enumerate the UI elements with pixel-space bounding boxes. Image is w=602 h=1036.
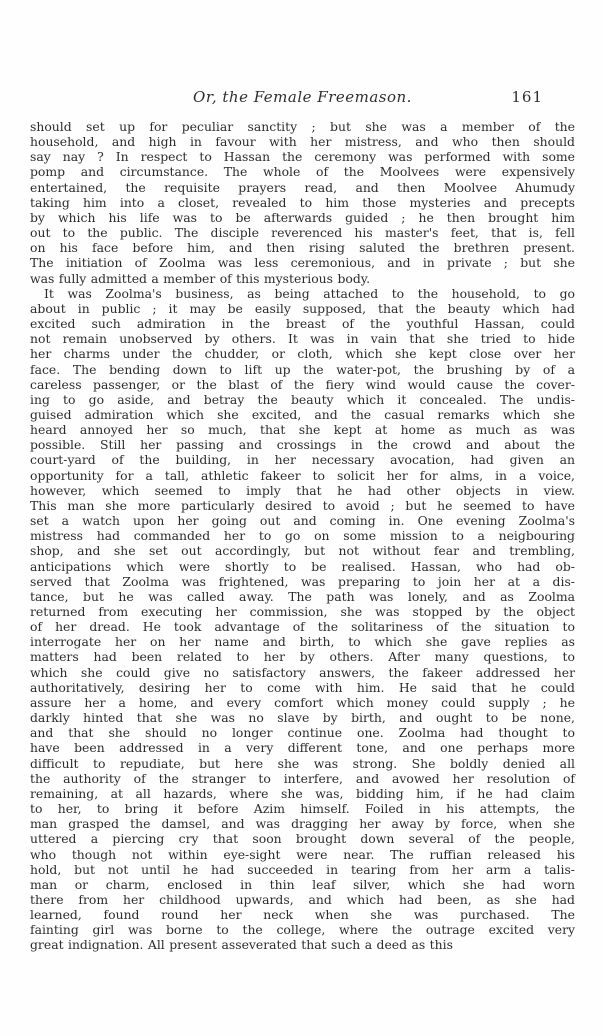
paragraph: should set up for peculiar sanctity ; bu… bbox=[30, 119, 575, 286]
text-line: tance, but he was called away. The path … bbox=[30, 589, 575, 604]
text-line: interrogate her on her name and birth, t… bbox=[30, 634, 575, 649]
text-line: remaining, at all hazards, where she was… bbox=[30, 786, 575, 801]
text-line: there from her childhood upwards, and wh… bbox=[30, 892, 575, 907]
text-line: by which his life was to be afterwards g… bbox=[30, 210, 575, 225]
text-line: opportunity for a tall, athletic fakeer … bbox=[30, 468, 575, 483]
text-line: assure her a home, and every comfort whi… bbox=[30, 695, 575, 710]
text-line: face. The bending down to lift up the wa… bbox=[30, 362, 575, 377]
text-line: anticipations which were shortly to be r… bbox=[30, 559, 575, 574]
page-body: should set up for peculiar sanctity ; bu… bbox=[30, 119, 575, 953]
text-line: man or charm, enclosed in thin leaf silv… bbox=[30, 877, 575, 892]
text-line: to her, to bring it before Azim himself.… bbox=[30, 801, 575, 816]
text-line: learned, found round her neck when she w… bbox=[30, 907, 575, 922]
text-line: This man she more particularly desired t… bbox=[30, 498, 575, 513]
text-line: pomp and circumstance. The whole of the … bbox=[30, 164, 575, 179]
text-line: The initiation of Zoolma was less ceremo… bbox=[30, 255, 575, 270]
page-title: Or, the Female Freemason. bbox=[30, 88, 575, 106]
text-line: authoritatively, desiring her to come wi… bbox=[30, 680, 575, 695]
text-line: uttered a piercing cry that soon brought… bbox=[30, 831, 575, 846]
text-line: It was Zoolma's business, as being attac… bbox=[30, 286, 575, 301]
text-line: set a watch upon her going out and comin… bbox=[30, 513, 575, 528]
text-line: man grasped the damsel, and was dragging… bbox=[30, 816, 575, 831]
text-line: careless passenger, or the blast of the … bbox=[30, 377, 575, 392]
text-line: entertained, the requisite prayers read,… bbox=[30, 180, 575, 195]
text-line: on his face before him, and then rising … bbox=[30, 240, 575, 255]
text-line: mistress had commanded her to go on some… bbox=[30, 528, 575, 543]
text-line: ing to go aside, and betray the beauty w… bbox=[30, 392, 575, 407]
text-line: hold, but not until he had succeeded in … bbox=[30, 862, 575, 877]
text-line: was fully admitted a member of this myst… bbox=[30, 271, 575, 286]
text-line: about in public ; it may be easily suppo… bbox=[30, 301, 575, 316]
text-line: out to the public. The disciple reverenc… bbox=[30, 225, 575, 240]
text-line: court-yard of the building, in her neces… bbox=[30, 452, 575, 467]
text-line: the authority of the stranger to interfe… bbox=[30, 771, 575, 786]
page-number: 161 bbox=[511, 88, 543, 106]
text-line: difficult to repudiate, but here she was… bbox=[30, 756, 575, 771]
text-line: who though not within eye-sight were nea… bbox=[30, 847, 575, 862]
text-line: heard annoyed her so much, that she kept… bbox=[30, 422, 575, 437]
text-line: great indignation. All present asseverat… bbox=[30, 937, 575, 952]
text-line: matters had been related to her by other… bbox=[30, 649, 575, 664]
running-header: Or, the Female Freemason. 161 bbox=[30, 88, 575, 108]
text-line: shop, and she set out accordingly, but n… bbox=[30, 543, 575, 558]
text-line: say nay ? In respect to Hassan the cerem… bbox=[30, 149, 575, 164]
text-line: household, and high in favour with her m… bbox=[30, 134, 575, 149]
text-line: possible. Still her passing and crossing… bbox=[30, 437, 575, 452]
text-line: her charms under the chudder, or cloth, … bbox=[30, 346, 575, 361]
text-line: darkly hinted that she was no slave by b… bbox=[30, 710, 575, 725]
text-line: which she could give no satisfactory ans… bbox=[30, 665, 575, 680]
text-line: of her dread. He took advantage of the s… bbox=[30, 619, 575, 634]
book-page: Or, the Female Freemason. 161 should set… bbox=[0, 0, 602, 1036]
text-line: should set up for peculiar sanctity ; bu… bbox=[30, 119, 575, 134]
text-line: fainting girl was borne to the college, … bbox=[30, 922, 575, 937]
text-line: and that she should no longer continue o… bbox=[30, 725, 575, 740]
text-line: excited such admiration in the breast of… bbox=[30, 316, 575, 331]
text-line: guised admiration which she excited, and… bbox=[30, 407, 575, 422]
text-line: have been addressed in a very different … bbox=[30, 740, 575, 755]
text-line: however, which seemed to imply that he h… bbox=[30, 483, 575, 498]
text-line: served that Zoolma was frightened, was p… bbox=[30, 574, 575, 589]
text-line: taking him into a closet, revealed to hi… bbox=[30, 195, 575, 210]
text-line: not remain unobserved by others. It was … bbox=[30, 331, 575, 346]
text-line: returned from executing her commission, … bbox=[30, 604, 575, 619]
paragraph: It was Zoolma's business, as being attac… bbox=[30, 286, 575, 953]
